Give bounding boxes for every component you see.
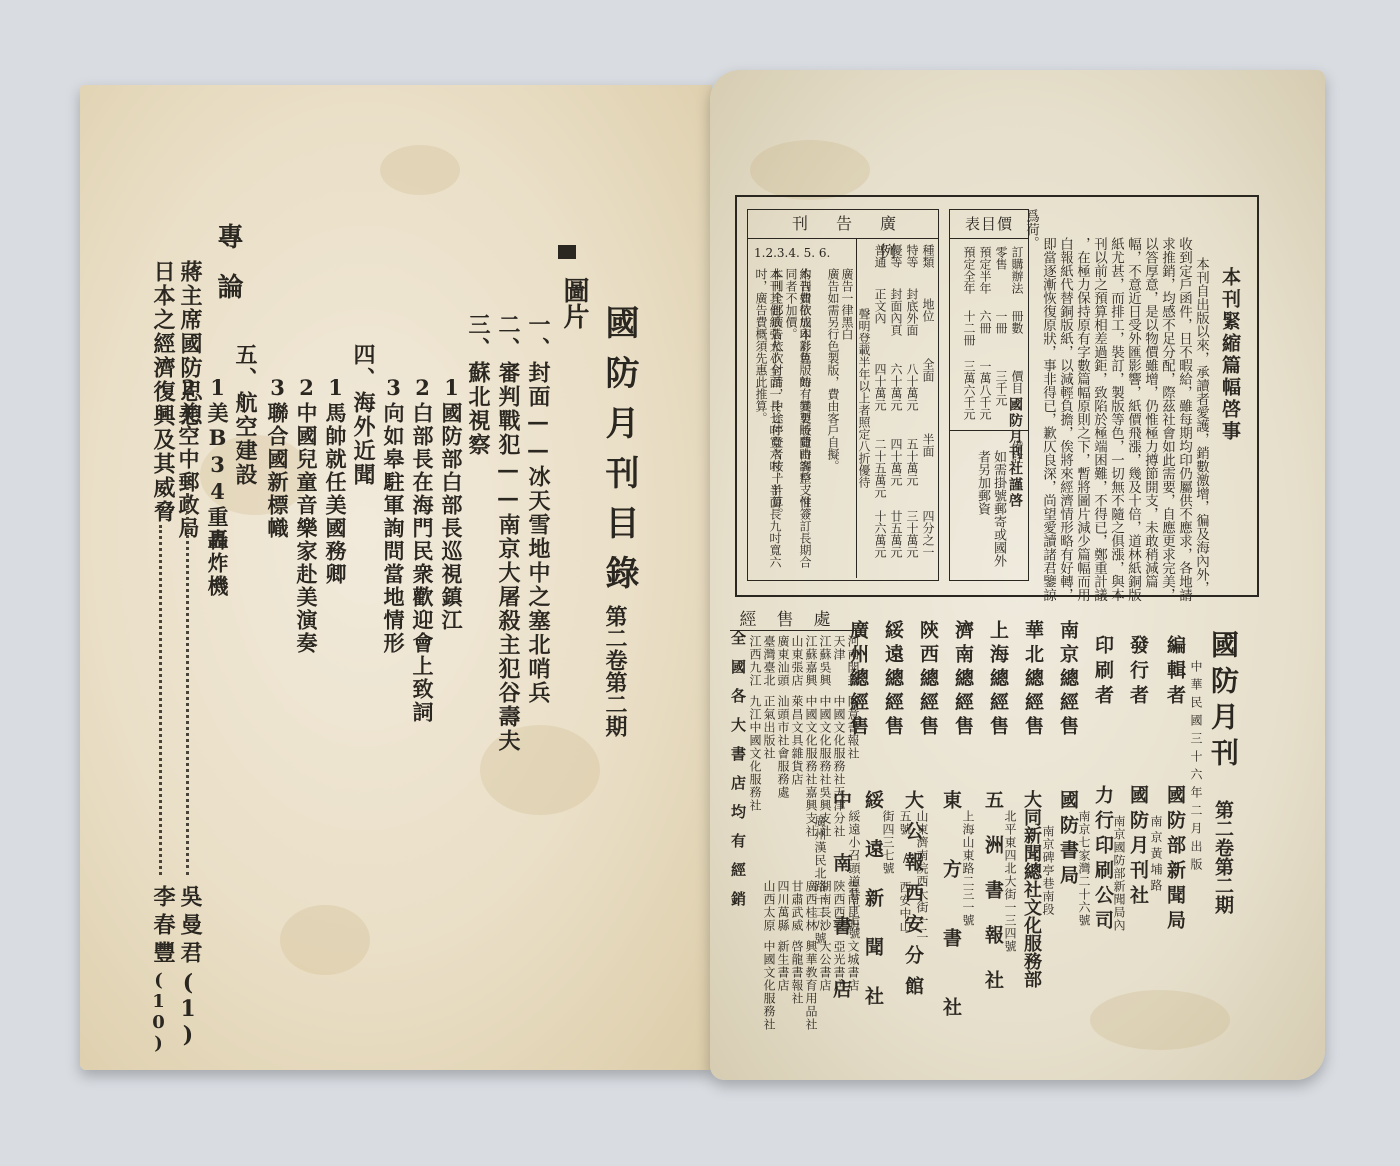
sales-name: 九江中國文化服務社 [747,695,764,812]
rate-header: 全面 [921,358,935,382]
toc-subitem[interactable]: 3聯合國新標幟 [262,375,292,540]
leader-dots [159,525,162,875]
toc-subitem[interactable]: 3向如皋駐軍詢問當地情形 [378,375,408,655]
editor-label: 編輯者 [1162,635,1189,710]
distributor-name: 綏遠新聞社 [860,790,887,1035]
distributor-address: 山東濟南院西大街一二五號 / 西安中山街四三七號 [880,810,931,940]
price-copies: 六冊 [978,310,992,334]
ad-note: 本刊其他紙張大小全面一長七吋寬六吋，半面長九吋寬六吋，廣告費概須先惠此推算。 [754,268,782,568]
rate-type: 優等 [889,244,903,268]
ad-note: 廣告一律黑白 [840,268,854,340]
distributor-region: 南京總經售 [1055,620,1082,740]
notice-title: 本刊緊縮篇幅啓事 [1217,267,1244,443]
toc-subitem[interactable]: 2白部長在海門民衆歡迎會上致詞 [407,375,437,724]
rate-full: 四十萬元 [873,363,887,411]
distributor-region: 濟南總經售 [950,620,977,740]
publication-date: 中華民國三十六年二月出版 [1188,660,1205,876]
toc-issue-number: 第二卷第二期 [600,605,631,737]
notice-line: 幅，不意近日受外匯影響，紙價飛漲，幾及十倍，道林紙銅版 [1124,237,1141,602]
rate-type: 普通 [873,244,887,268]
section-heading-pictures: 圖片 [556,277,593,329]
toc-title: 國防月刊目錄 [595,305,644,605]
price-remark: 如需掛號郵寄或國外者另加郵資 [974,450,1006,570]
sales-name: 中國文化服務社 [761,940,778,1031]
age-stain [1090,990,1230,1050]
notice-line: ，在極力保持原有字數篇幅原則之下，暫將圖片減少篇幅而用 [1073,237,1090,602]
article-author: 李春豐 [148,885,179,969]
price-copies: 一冊 [994,310,1008,334]
ad-rate-grid: 種類 地位 全面 半面 四分之一 特等 封底外面 八十萬元 五十萬元 三十萬元 … [856,238,937,578]
publisher-name: 國防月刊社 [1125,785,1152,910]
distributor-region: 華北總經售 [1020,620,1047,740]
ad-rates-title-text: 廣告刊例 [762,210,924,238]
price-table: 價目表 訂購辦法 冊數 價目 備註 零售 一冊 三千元 預定半年 六冊 一萬八千… [949,209,1029,581]
distributor-region: 上海總經售 [985,620,1012,740]
toc-item[interactable]: 五、航空建設 [230,343,261,487]
toc-item[interactable]: 二、審判戰犯——南京大屠殺主犯谷壽夫 [493,313,524,753]
price-method: 零售 [994,246,1008,270]
printer-label: 印刷者 [1090,635,1117,710]
ad-rates-table: 廣告刊例 1.2.3.4. 5. 6. 廣告一律黑白 廣告如需另行色製版，費由客… [747,209,939,581]
rate-quarter: 十六萬元 [873,510,887,558]
sales-footer: 全國各大書店均有經銷 [728,630,749,920]
article-title[interactable]: 蔣主席國防思想 [175,260,206,428]
ad-rates-title: 廣告刊例 [748,210,938,239]
editor-name: 國防部新聞局 [1162,785,1189,935]
article-title[interactable]: 日本之經濟復興及其威脅 [148,260,179,524]
price-header: 冊數 [1010,310,1024,334]
price-value: 一萬八千元 [978,360,992,420]
ad-note: 約告費依成本計算，如有變更時隨時調整，惟簽訂長期合同者不加價。 [784,268,812,568]
article-page: (10) [148,970,169,1054]
toc-item[interactable]: 一、封面——冰天雪地中之塞北哨兵 [523,313,554,705]
notice-line: 本刊自出版以來，承讀者愛護，銷數激增，徧及海內外， [1192,257,1209,595]
distributor-name: 五洲書報社 [980,790,1007,1015]
ad-note: 廣告如需另行色製版，費由客戶自擬。 [826,268,840,558]
age-stain [750,140,870,200]
rate-full: 六十萬元 [889,363,903,411]
sales-place: 江西九江 [747,635,764,687]
ad-notes-numbers: 1.2.3.4. 5. 6. [754,246,830,260]
section-bullet-icon [558,245,576,259]
price-value: 三萬六千元 [962,360,976,420]
rate-half: 四十萬元 [889,438,903,486]
publisher-label: 發行者 [1125,635,1152,710]
section-heading-essays: 專論 [210,223,247,323]
age-stain [380,145,460,195]
rate-half: 五十萬元 [905,438,919,486]
rate-position: 封底外面 [905,288,919,336]
notice-line: 紙尤甚，而排工，裝訂，製版等色，一切無不隨之俱漲，與本 [1107,237,1124,602]
rate-header: 四分之一 [921,510,935,558]
right-page-notices-colophon: 廣告刊例 1.2.3.4. 5. 6. 廣告一律黑白 廣告如需另行色製版，費由客… [710,70,1325,1080]
toc-subitem[interactable]: 1國防部白部長巡視鎮江 [436,375,466,632]
price-table-title: 價目表 [950,210,1028,239]
rate-header: 地位 [921,298,935,322]
notice-line: 收到定戶函件，日不暇給，雖每期均印仍屬供不應求，各地請 [1175,237,1192,602]
toc-subitem[interactable]: 2中國兒童音樂家赴美演奏 [291,375,321,655]
leader-dots [186,480,189,875]
price-method: 預定全年 [962,246,976,294]
notice-line: 求推銷，均感不足分配，際茲社會如此需要，自應更求完美， [1158,237,1175,602]
toc-subitem[interactable]: 1美B34重轟炸機 [202,375,232,598]
toc-item[interactable]: 四、海外近聞 [348,343,379,487]
printer-name: 力行印刷公司 [1090,785,1117,935]
notice-frame: 廣告刊例 1.2.3.4. 5. 6. 廣告一律黑白 廣告如需另行色製版，費由客… [735,195,1259,597]
notice-line: 即當逐漸恢復原狀，事非得已，歉仄良深，尚望愛讀諸君鑒諒 [1039,237,1056,602]
price-header: 價目 [1010,370,1024,394]
rate-header: 半面 [921,433,935,457]
price-copies: 十二冊 [962,310,976,346]
colophon-title: 國防月刊 [1203,630,1243,774]
price-method: 預定半年 [978,246,992,294]
colophon-issue: 第二卷第二期 [1210,800,1237,914]
rate-quarter: 三十萬元 [905,510,919,558]
distributor-region: 陝西總經售 [915,620,942,740]
notice-line: 刊以前之預算相差過鉅，致陷於極端困難，不得已，鄭重計議 [1090,237,1107,602]
rate-position: 封面內頁 [889,288,903,336]
distributor-region: 綏遠總經售 [880,620,907,740]
toc-subitem[interactable]: 1馬帥就任美國務卿 [320,375,350,586]
distributor-name: 東方書社 [938,790,965,1066]
price-table-title-text: 價目表 [965,215,1013,233]
rate-quarter: 廿五萬元 [889,510,903,558]
notice-line: 白報紙代替銅版紙，以減輕負擔，俟將來經濟情形略有好轉， [1056,237,1073,602]
notice-line: 爲荷。 [1022,209,1039,250]
age-stain [280,905,370,975]
left-page-table-of-contents: 國防月刊目錄 第二卷第二期 圖片 一、封面——冰天雪地中之塞北哨兵 二、審判戰犯… [80,85,712,1070]
toc-item[interactable]: 三、蘇北視察 [463,313,494,457]
distributor-name: 國防書局 [1055,790,1082,890]
article-page: (1) [175,970,201,1048]
rate-position: 正文內 [873,288,887,324]
rate-full: 八十萬元 [905,363,919,411]
notice-signature: 國防月刊社謹啓 [1005,397,1025,509]
price-header: 訂購辦法 [1010,246,1024,294]
rate-type: 特等 [905,244,919,268]
article-author: 吳曼君 [175,885,206,969]
rate-half: 二十五萬元 [873,438,887,498]
rate-header: 種類 [921,244,935,268]
discount-note: 聲明登載半年以上者照定八折優待 [857,308,871,488]
distributor-name: 大同新聞總社文化服務部 [1018,790,1044,988]
sales-offices-title-text: 經售處 [740,610,851,630]
notice-line: 以答厚意，是以物價雖增，仍惟極力撙節開支，未敢稍減篇 [1141,237,1158,588]
sales-place: 山西太原 [761,880,778,932]
sales-offices-title: 經售處 [730,605,860,631]
